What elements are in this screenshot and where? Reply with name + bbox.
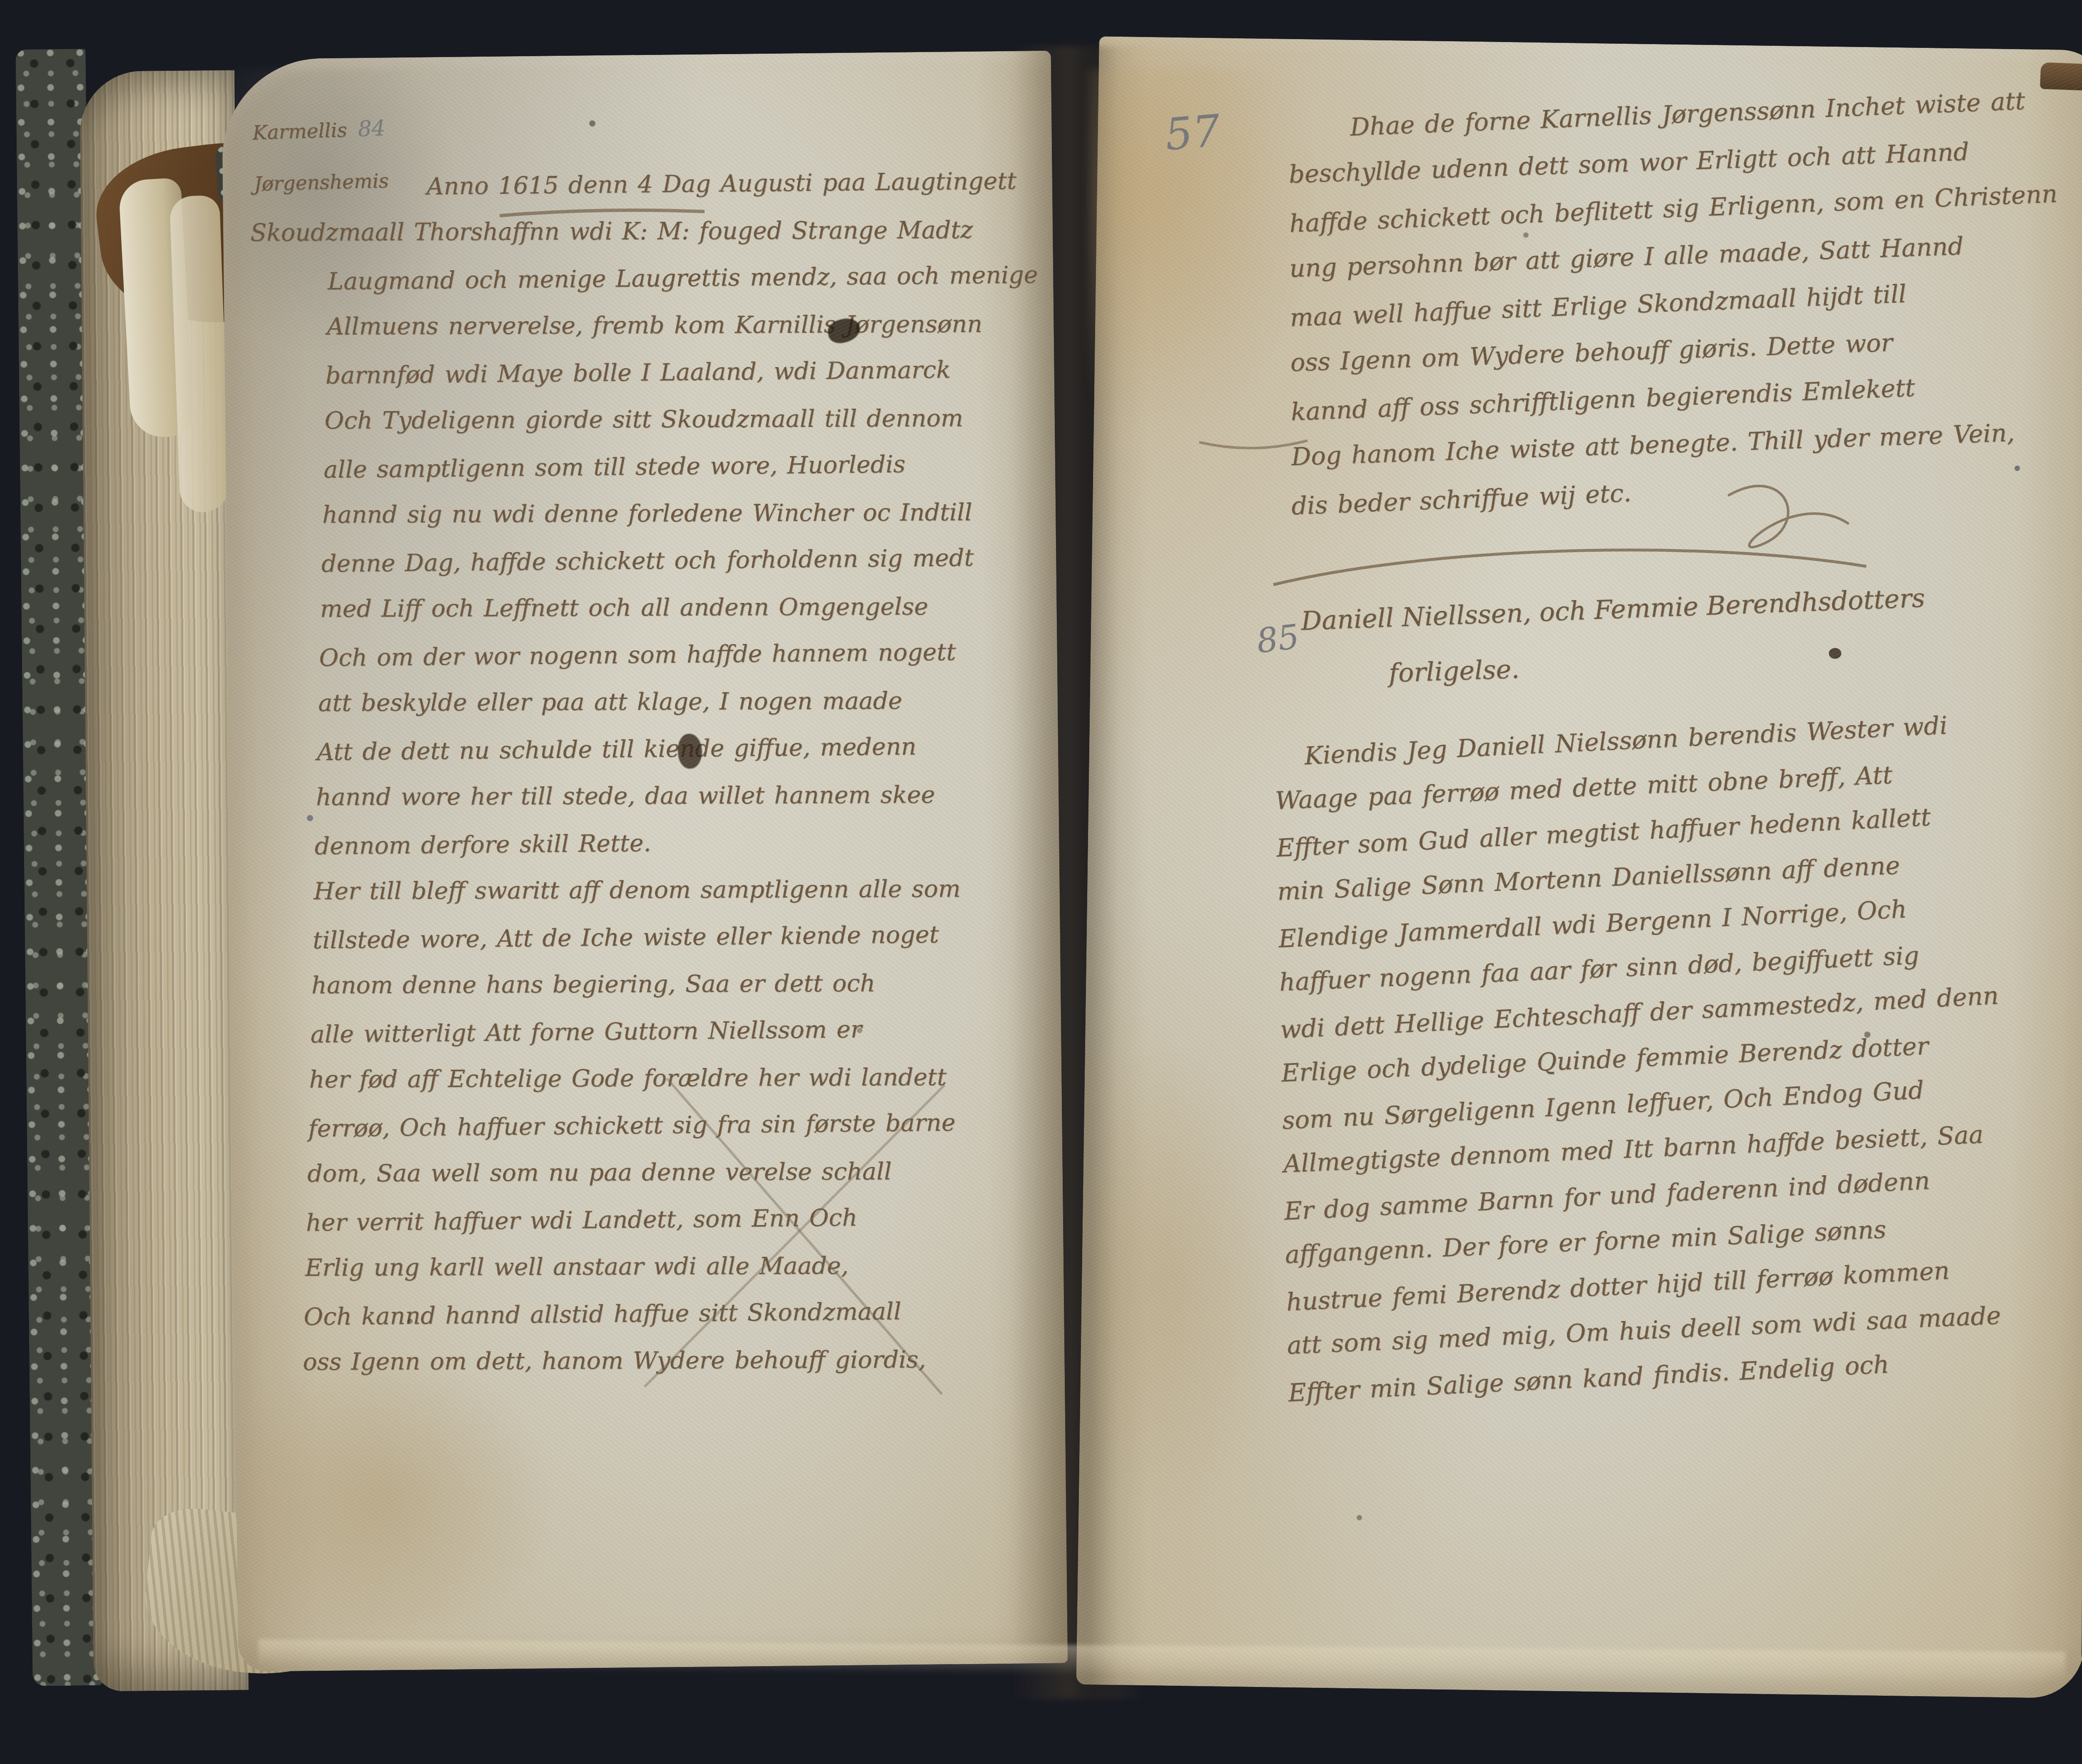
pencil-entry-number: 84: [357, 116, 386, 142]
manuscript-line: Laugmand och menige Laugrettis mendz, sa…: [328, 252, 1039, 305]
archival-photo-background: { "scene": { "background_color": "#181a2…: [0, 0, 2082, 1764]
manuscript-line: oss Igenn om dett, hanom Wydere behouff …: [303, 1336, 1046, 1386]
manuscript-line: Och kannd hannd allstid haffue sitt Skon…: [304, 1287, 1045, 1341]
manuscript-line: denne Dag, haffde schickett och forholde…: [321, 534, 1040, 588]
manuscript-line: Her till bleff swaritt aff denom samptli…: [314, 865, 1042, 915]
manuscript-line: Och Tydeligenn giorde sitt Skoudzmaall t…: [324, 395, 1039, 445]
left-page-text-block: Anno 1615 denn 4 Dag Augusti paa Laugtin…: [330, 158, 1046, 1387]
pencil-folio-number: 57: [1163, 105, 1222, 160]
manuscript-line: Erlig ung karll well anstaar wdi alle Ma…: [305, 1242, 1045, 1292]
manuscript-line: Anno 1615 denn 4 Dag Augusti paa Laugtin…: [330, 157, 1038, 211]
margin-note-text: Karmellis: [252, 119, 348, 145]
manuscript-line: dennom derfore skill Rette.: [314, 816, 1042, 870]
manuscript-line: Och om der wor nogenn som haffde hannem …: [319, 628, 1041, 682]
ink-spot: [1829, 648, 1841, 659]
manuscript-line: att beskylde eller paa att klage, I noge…: [318, 677, 1041, 727]
manuscript-line: her fød aff Echtelige Gode forældre her …: [309, 1054, 1044, 1104]
right-page-paragraph-2: Kiendis Jeg Daniell Nielssønn berendis W…: [1273, 701, 2016, 1414]
manuscript-line: her verrit haffuer wdi Landett, som Enn …: [306, 1193, 1045, 1247]
ink-blot: [678, 734, 702, 769]
manuscript-line: Skoudzmaall Thorshaffnn wdi K: M: fouged…: [250, 207, 1038, 257]
fly-specks: [0, 0, 4, 4]
manuscript-line: alle witterligt Att forne Guttorn Niells…: [310, 1004, 1043, 1059]
manuscript-line: alle samptligenn som till stede wore, Hu…: [323, 440, 1039, 493]
manuscript-line: med Liff och Leffnett och all andenn Omg…: [320, 583, 1041, 633]
manuscript-line: hannd wore her till stede, daa willet ha…: [316, 771, 1041, 821]
manuscript-line: Allmuens nerverelse, fremb kom Karnillis…: [326, 301, 1038, 351]
manuscript-line: hanom denne hans begiering, Saa er dett …: [311, 959, 1043, 1009]
manuscript-line: ferrøø, Och haffuer schickett sig fra si…: [308, 1099, 1044, 1153]
manuscript-line: dom, Saa well som nu paa denne verelse s…: [307, 1148, 1044, 1198]
manuscript-line: tillstede wore, Att de Iche wiste eller …: [312, 910, 1043, 964]
right-page-paragraph-1: Dhae de forne Karnellis Jørgenssønn Inch…: [1288, 77, 2068, 528]
manuscript-line: barnnfød wdi Maye bolle I Laaland, wdi D…: [325, 346, 1039, 399]
pencil-section-number: 85: [1255, 617, 1301, 661]
manuscript-line: hannd sig nu wdi denne forledene Wincher…: [322, 489, 1040, 539]
entry-heading: Daniell Niellssen, och Femmie Berendhsdo…: [1300, 571, 1928, 705]
